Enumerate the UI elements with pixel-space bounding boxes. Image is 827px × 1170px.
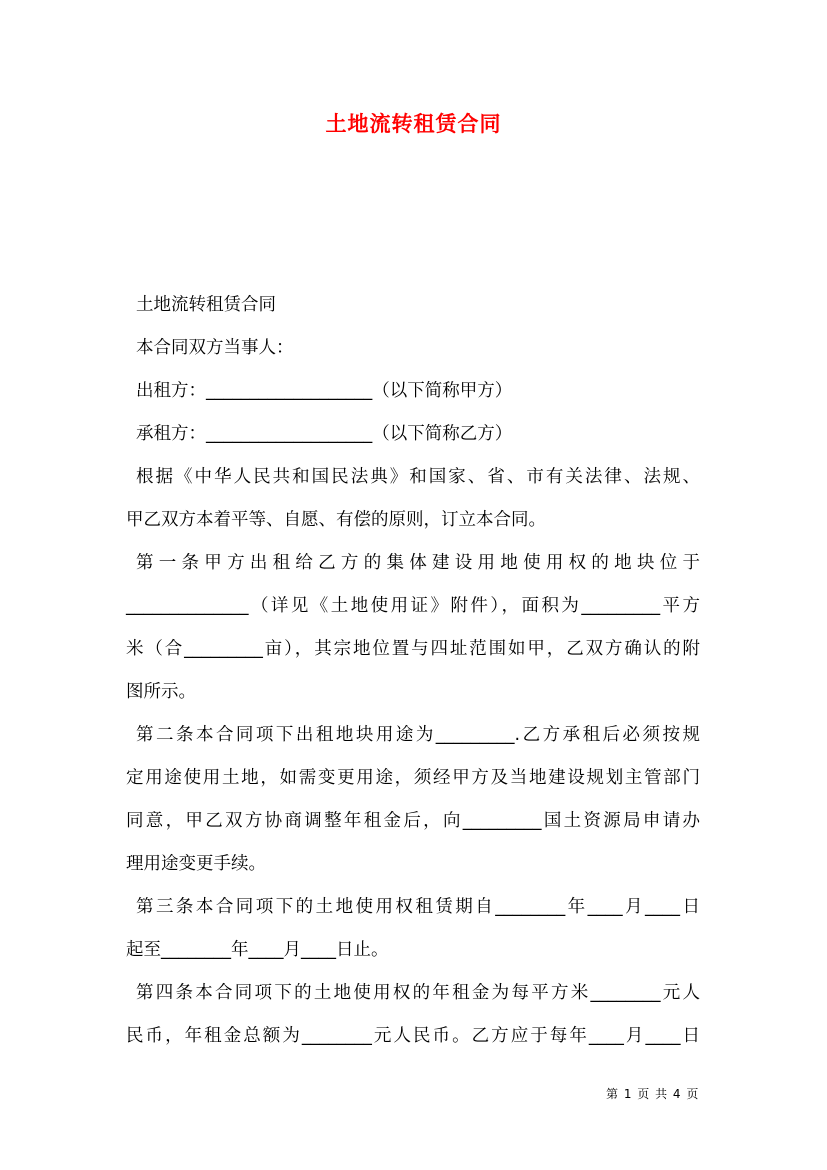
article-4-line-2: 民币，年租金总额为________元人民币。乙方应于每年____月____日 bbox=[126, 1015, 700, 1058]
article-2-paragraph: 第二条本合同项下出租地块用途为_________.乙方承租后必须按规 定用途使用… bbox=[126, 714, 700, 886]
preamble-line-2: 甲乙双方本着平等、自愿、有偿的原则，订立本合同。 bbox=[126, 499, 700, 542]
article-1-line-2: ______________（详见《土地使用证》附件），面积为_________… bbox=[126, 585, 700, 628]
document-body: 土地流转租赁合同 本合同双方当事人： 出租方：_________________… bbox=[126, 284, 700, 1058]
preamble-line-1: 根据《中华人民共和国民法典》和国家、省、市有关法律、法规、 bbox=[126, 456, 700, 499]
article-2-line-2: 定用途使用土地，如需变更用途，须经甲方及当地建设规划主管部门 bbox=[126, 757, 700, 800]
parties-heading: 本合同双方当事人： bbox=[126, 327, 700, 370]
document-page: 土地流转租赁合同 土地流转租赁合同 本合同双方当事人： 出租方：________… bbox=[0, 0, 827, 1170]
subtitle-paragraph: 土地流转租赁合同 bbox=[126, 284, 700, 327]
article-1-line-1: 第一条甲方出租给乙方的集体建设用地使用权的地块位于 bbox=[126, 542, 700, 585]
article-4-line-1: 第四条本合同项下的土地使用权的年租金为每平方米________元人 bbox=[126, 972, 700, 1015]
document-title: 土地流转租赁合同 bbox=[0, 108, 827, 138]
lessee-line: 承租方：___________________（以下简称乙方） bbox=[126, 413, 700, 456]
preamble-paragraph: 根据《中华人民共和国民法典》和国家、省、市有关法律、法规、 甲乙双方本着平等、自… bbox=[126, 456, 700, 542]
article-3-paragraph: 第三条本合同项下的土地使用权租赁期自________年____月____日 起至… bbox=[126, 886, 700, 972]
article-1-line-4: 图所示。 bbox=[126, 671, 700, 714]
article-1-paragraph: 第一条甲方出租给乙方的集体建设用地使用权的地块位于 ______________… bbox=[126, 542, 700, 714]
article-2-line-1: 第二条本合同项下出租地块用途为_________.乙方承租后必须按规 bbox=[126, 714, 700, 757]
article-3-line-1: 第三条本合同项下的土地使用权租赁期自________年____月____日 bbox=[126, 886, 700, 929]
article-2-line-3: 同意，甲乙双方协商调整年租金后，向_________国土资源局申请办 bbox=[126, 800, 700, 843]
article-2-line-4: 理用途变更手续。 bbox=[126, 843, 700, 886]
lessor-line: 出租方：___________________（以下简称甲方） bbox=[126, 370, 700, 413]
article-1-line-3: 米（合_________亩），其宗地位置与四址范围如甲，乙双方确认的附 bbox=[126, 628, 700, 671]
article-4-paragraph: 第四条本合同项下的土地使用权的年租金为每平方米________元人 民币，年租金… bbox=[126, 972, 700, 1058]
article-3-line-2: 起至________年____月____日止。 bbox=[126, 929, 700, 972]
page-number-footer: 第 1 页 共 4 页 bbox=[606, 1085, 699, 1102]
